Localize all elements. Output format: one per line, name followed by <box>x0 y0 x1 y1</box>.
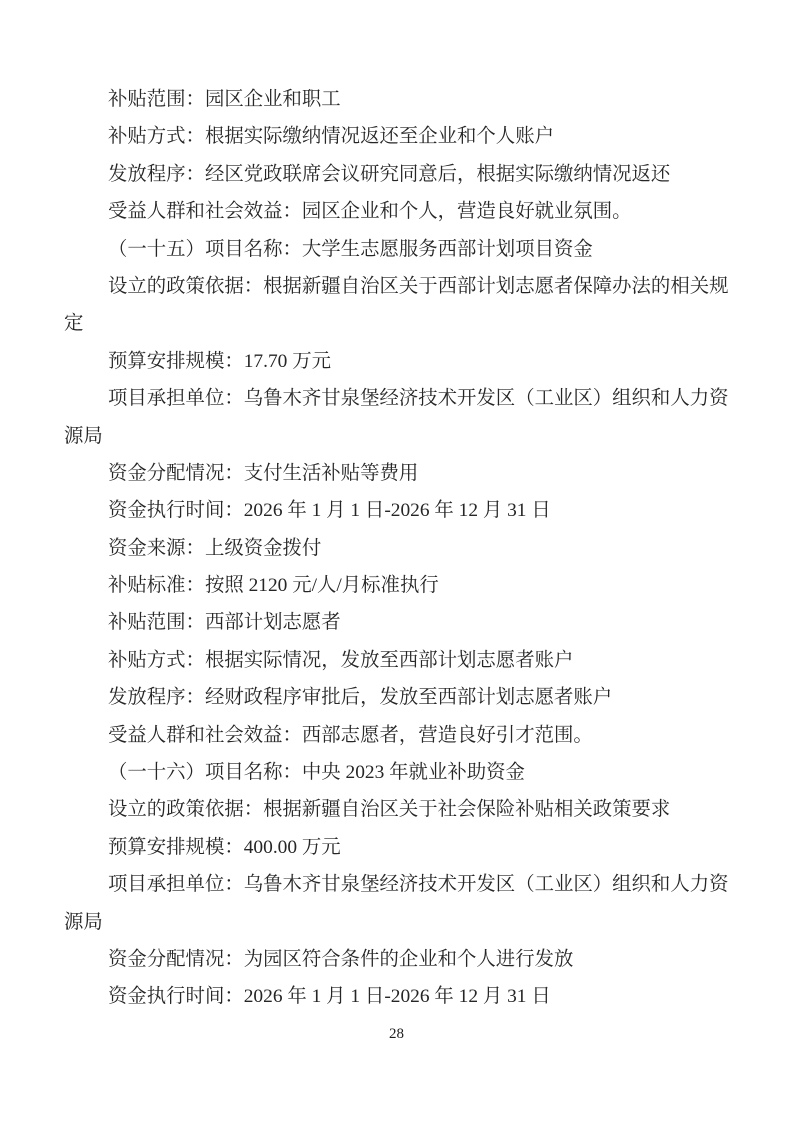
document-line: 发放程序：经区党政联席会议研究同意后，根据实际缴纳情况返还 <box>64 156 736 193</box>
document-line-continuation: 源局 <box>64 904 736 941</box>
document-line: 设立的政策依据：根据新疆自治区关于西部计划志愿者保障办法的相关规 <box>64 268 736 305</box>
document-line: 预算安排规模：17.70 万元 <box>64 343 736 380</box>
document-line: 项目承担单位：乌鲁木齐甘泉堡经济技术开发区（工业区）组织和人力资 <box>64 866 736 903</box>
document-line: 受益人群和社会效益：西部志愿者，营造良好引才范围。 <box>64 717 736 754</box>
document-line: 发放程序：经财政程序审批后，发放至西部计划志愿者账户 <box>64 679 736 716</box>
document-body: 补贴范围：园区企业和职工 补贴方式：根据实际缴纳情况返还至企业和个人账户 发放程… <box>64 81 736 1016</box>
document-line-continuation: 源局 <box>64 418 736 455</box>
document-line: 补贴标准：按照 2120 元/人/月标准执行 <box>64 567 736 604</box>
page-number: 28 <box>389 1026 404 1042</box>
document-line: 资金执行时间：2026 年 1 月 1 日-2026 年 12 月 31 日 <box>64 492 736 529</box>
document-line: 补贴方式：根据实际情况，发放至西部计划志愿者账户 <box>64 642 736 679</box>
document-line: 设立的政策依据：根据新疆自治区关于社会保险补贴相关政策要求 <box>64 791 736 828</box>
document-line: （一十六）项目名称：中央 2023 年就业补助资金 <box>64 754 736 791</box>
document-line: 资金分配情况：为园区符合条件的企业和个人进行发放 <box>64 941 736 978</box>
document-page: 补贴范围：园区企业和职工 补贴方式：根据实际缴纳情况返还至企业和个人账户 发放程… <box>0 0 793 1122</box>
document-line: 资金分配情况：支付生活补贴等费用 <box>64 455 736 492</box>
document-line: 资金执行时间：2026 年 1 月 1 日-2026 年 12 月 31 日 <box>64 978 736 1015</box>
document-line: 补贴范围：园区企业和职工 <box>64 81 736 118</box>
document-line: （一十五）项目名称：大学生志愿服务西部计划项目资金 <box>64 231 736 268</box>
document-line-continuation: 定 <box>64 305 736 342</box>
document-line: 补贴范围：西部计划志愿者 <box>64 604 736 641</box>
document-line: 受益人群和社会效益：园区企业和个人，营造良好就业氛围。 <box>64 193 736 230</box>
document-line: 资金来源：上级资金拨付 <box>64 530 736 567</box>
page-footer: 28 <box>0 1024 793 1044</box>
document-line: 预算安排规模：400.00 万元 <box>64 829 736 866</box>
document-line: 项目承担单位：乌鲁木齐甘泉堡经济技术开发区（工业区）组织和人力资 <box>64 380 736 417</box>
document-line: 补贴方式：根据实际缴纳情况返还至企业和个人账户 <box>64 118 736 155</box>
